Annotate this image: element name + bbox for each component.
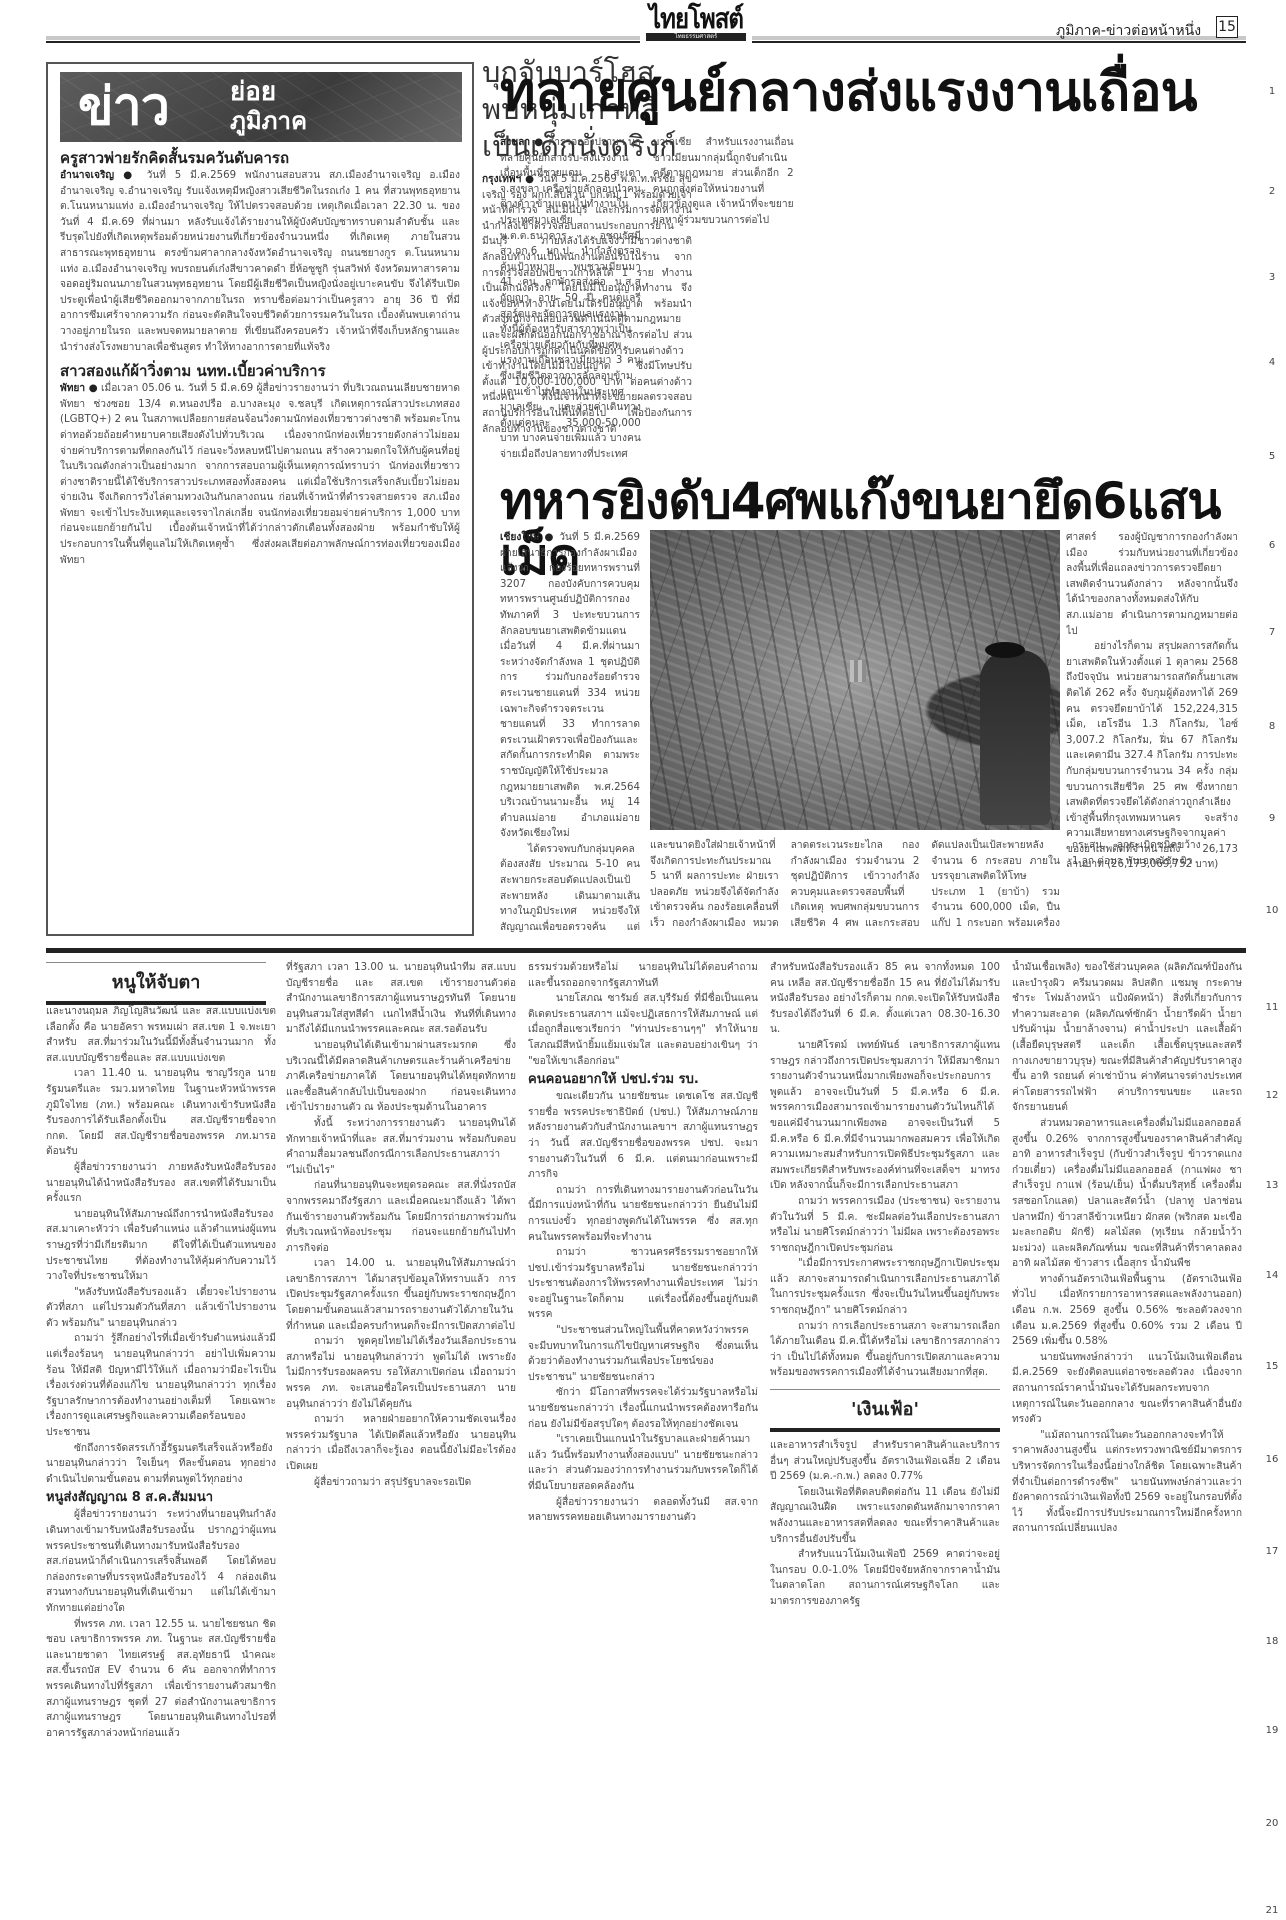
paragraph: สำหรับแนวโน้มเงินเฟ้อปี 2569 คาดว่าจะอยู… [770,1547,1000,1609]
line-number: 17 [1262,1546,1282,1557]
paragraph: "เราเคยเป็นแกนนำในรัฐบาลและฝ่ายค้านมาแล้… [528,1432,758,1494]
paragraph: ธรรมร่วมด้วยหรือไม่ นายอนุทินไม่ได้ตอบคำ… [528,960,758,991]
paragraph: ทางด้านอัตราเงินเฟ้อพื้นฐาน (อัตราเงินเฟ… [1012,1272,1242,1350]
army-story-left: เชียงใหม่ ● วันที่ 5 มี.ค.2569 ฝ่ายเสนาธ… [500,530,640,935]
regional-briefs-banner: ข่าว ย่อย ภูมิภาค [60,72,462,142]
brief-story-pattaya: พัทยา ● เมื่อเวลา 05.06 น. วันที่ 5 มี.ค… [60,381,460,568]
line-number: 16 [1262,1454,1282,1465]
banner-word-news: ข่าว [78,78,169,136]
paragraph: ถามว่า รู้สึกอย่างไรที่เมื่อเข้ารับตำแหน… [46,1331,276,1440]
subheading: หนูส่งสัญญาณ 8 ส.ค.สัมมนา [46,1489,276,1507]
story-text: วันที่ 5 มี.ค.2569 ฝ่ายเสนาธิการกองกำลัง… [500,532,640,839]
story-text: วันที่ 5 มี.ค.2569 พนักงานสอบสวน สภ.เมือ… [60,170,460,353]
paragraph: นายศิโรตม์ เพทย์พันธ์ เลขาธิการสภาผู้แทน… [770,1038,1000,1194]
paragraph: ผู้สื่อข่าวรายงานว่า ตลอดทั้งวันมี สส.จา… [528,1495,758,1526]
paragraph: ถามว่า พูดคุยไทยไม่ได้เรื่องวันเลือกประธ… [286,1334,516,1412]
beret-icon [985,642,1025,658]
line-number: 5 [1262,451,1282,462]
paragraph: นายโสภณ ซารัมย์ สส.บุรีรัมย์ ที่มีชื่อเป… [528,991,758,1069]
paragraph: ถามว่า การที่เดินทางมารายงานตัวก่อนในวัน… [528,1183,758,1245]
column-text-5: น้ำมันเชื้อเพลิง) ของใช้ส่วนบุคคล (ผลิตภ… [1012,960,1242,1875]
paragraph: ผู้สื่อข่าวถามว่า สรุปรัฐบาลจะรอเปิด [286,1475,516,1491]
column-text-3: ธรรมร่วมด้วยหรือไม่ นายอนุทินไม่ได้ตอบคำ… [528,960,758,1875]
paragraph: นายอนุทินให้สัมภาษณ์ถึงการนำหนังสือรับรอ… [46,1207,276,1285]
paragraph: น้ำมันเชื้อเพลิง) ของใช้ส่วนบุคคล (ผลิตภ… [1012,960,1242,1116]
line-number: 14 [1262,1270,1282,1281]
line-number: 4 [1262,357,1282,368]
paragraph: "แม้สถานการณ์ในตะวันออกกลางจะทำให้ราคาพล… [1012,1428,1242,1537]
paragraph: ขณะเดียวกัน นายชัยชนะ เดชเดโช สส.บัญชีรา… [528,1089,758,1183]
line-number: 10 [1262,905,1282,916]
banner-word-brief: ย่อย [230,78,276,106]
paragraph: ถามว่า พรรคการเมือง (ประชาชน) จะรายงานตั… [770,1194,1000,1256]
regional-briefs-box: ข่าว ย่อย ภูมิภาค ครูสาวพ่ายรักคิดสั้นรม… [46,62,474,936]
column-title-box: หนูให้จับตา [46,962,266,1005]
paragraph: และนางนฤมล ภิญโญสินวัฒน์ และ สส.แบบแบ่งเ… [46,1004,276,1066]
inflation-title-box: 'เงินเฟ้อ' [770,1389,1000,1432]
page-number: 15 [1216,16,1238,38]
line-number: 6 [1262,540,1282,551]
army-story-mid: และขนาดยิงใส่ฝ่ายเจ้าหน้าที่ จึงเกิดการป… [650,838,1060,938]
subheading: คนคอนอยากให้ ปชป.ร่วม รบ. [528,1071,758,1089]
paragraph: และอาหารสำเร็จรูป สำหรับราคาสินค้าและบริ… [770,1438,1000,1485]
dateline: พัทยา ● [60,383,98,394]
paragraph: สำหรับหนังสือรับรองแล้ว 85 คน จากทั้งหมด… [770,960,1000,1038]
paragraph: ถามว่า การเลือกประธานสภา จะสามารถเลือกได… [770,1319,1000,1381]
line-number: 8 [1262,721,1282,732]
story-text: ได้ตรวจพบกับกลุ่มบุคคลต้องสงสัย ประมาณ 5… [500,842,640,935]
paragraph: ก่อนที่นายอนุทินจะหยุดรอคณะ สส.ที่นั่งรถ… [286,1178,516,1256]
logo-text: ไทยโพสต์ [640,4,752,34]
banner-word-region: ภูมิภาค [230,108,307,134]
army-story-right: ศาสตร์ รองผู้บัญชาการกองกำลังผาเมือง ร่ว… [1066,530,1238,935]
line-number: 21 [1262,1905,1282,1916]
paragraph: โดยเงินเฟ้อที่ติดลบติดต่อกัน 11 เดือน ยั… [770,1485,1000,1547]
masthead: ไทยโพสต์ ไทยธรรมศาสตร์ ภูมิภาค-ข่าวต่อหน… [0,0,1286,52]
section-label: ภูมิภาค-ข่าวต่อหน้าหนึ่ง [1056,20,1201,42]
line-number: 9 [1262,813,1282,824]
brief-headline-teacher: ครูสาวพ่ายรักคิดสั้นรมควันดับคารถ [60,148,460,168]
margin-line-numbers: 1 2 3 4 5 6 7 8 9 10 11 12 13 14 15 16 1… [1262,0,1286,1920]
line-number: 12 [1262,1090,1282,1101]
line-number: 19 [1262,1725,1282,1736]
censored-blur [850,660,866,682]
column-title: หนูให้จับตา [46,971,266,995]
line-number: 13 [1262,1180,1282,1191]
story-text: ตำรวจกองปราบฯ บุกทลายศูนย์กลางรับ-ส่งแรง… [500,137,794,460]
paragraph: ถามว่า หลายฝ่ายอยากให้ความชัดเจนเรื่องพร… [286,1412,516,1474]
paragraph: ที่รัฐสภา เวลา 13.00 น. นายอนุทินนำทีม ส… [286,960,516,1038]
soldier-figure [980,650,1050,825]
paragraph: ผู้สื่อข่าวรายงานว่า ภายหลังรับหนังสือรั… [46,1160,276,1207]
line-number: 2 [1262,186,1282,197]
column-text-4: สำหรับหนังสือรับรองแล้ว 85 คน จากทั้งหมด… [770,960,1000,1875]
dateline: อำนาจเจริญ ● [60,170,138,181]
line-number: 11 [1262,1002,1282,1013]
paragraph: เวลา 14.00 น. นายอนุทินให้สัมภาษณ์ว่า เล… [286,1256,516,1334]
story-text: ศาสตร์ รองผู้บัญชาการกองกำลังผาเมือง ร่ว… [1066,530,1238,639]
newspaper-logo: ไทยโพสต์ ไทยธรรมศาสตร์ [640,6,752,44]
column-text-2: ที่รัฐสภา เวลา 13.00 น. นายอนุทินนำทีม ส… [286,960,516,1875]
news-photo-soldier-forest [650,530,1060,830]
labor-headline: ทลายศูนย์กลางส่งแรงงานเถื่อน [500,62,1260,122]
story-text: อย่างไรก็ตาม สรุปผลการสกัดกั้นยาเสพติดใน… [1066,639,1238,873]
divider [46,962,266,963]
brief-headline-pattaya: สาวสองแก้ผ้าวิ่งตาม นทท.เบี้ยวค่าบริการ [60,361,460,381]
divider [770,1428,1000,1432]
paragraph: ซักว่า มีโอกาสที่พรรคจะได้ร่วมรัฐบาลหรือ… [528,1385,758,1432]
line-number: 3 [1262,272,1282,283]
dateline: เชียงใหม่ ● [500,532,555,543]
labor-story: สงขลา ● ตำรวจกองปราบฯ บุกทลายศูนย์กลางรั… [500,135,1252,465]
line-number: 18 [1262,1636,1282,1647]
paragraph: "ประชาชนส่วนใหญ่ในพื้นที่คาดหวังว่าพรรคจ… [528,1323,758,1385]
paragraph: ที่พรรค ภท. เวลา 12.55 น. นายไชยชนก ชิดช… [46,1617,276,1742]
paragraph: ผู้สื่อข่าวรายงานว่า ระหว่างที่นายอนุทิน… [46,1507,276,1616]
section-divider [46,948,1246,953]
paragraph: เวลา 11.40 น. นายอนุทิน ชาญวีรกูล นายรัฐ… [46,1066,276,1160]
dateline: สงขลา ● [500,137,544,148]
paragraph: นายนันทพงษ์กล่าวว่า แนวโน้มเงินเฟ้อเดือน… [1012,1350,1242,1428]
paragraph: "หลังรับหนังสือรับรองแล้ว เดี๋ยวจะไปรายง… [46,1285,276,1332]
paragraph: ส่วนหมวดอาหารและเครื่องดื่มไม่มีแอลกอฮอล… [1012,1116,1242,1272]
paragraph: นายอนุทินได้เดินเข้ามาผ่านสระมรกต ซึ่งบร… [286,1038,516,1116]
divider [770,1389,1000,1390]
line-number: 20 [1262,1818,1282,1829]
line-number: 15 [1262,1361,1282,1372]
paragraph: "เมื่อมีการประกาศพระราชกฤษฎีกาเปิดประชุม… [770,1256,1000,1318]
paragraph: ซักถึงการจัดสรรเก้าอี้รัฐมนตรีเสร็จแล้วห… [46,1441,276,1488]
line-number: 7 [1262,627,1282,638]
inflation-title: 'เงินเฟ้อ' [770,1398,1000,1422]
paragraph: ทั้งนี้ ระหว่างการรายงานตัว นายอนุทินได้… [286,1116,516,1178]
line-number: 1 [1262,86,1282,97]
column-text-1: และนางนฤมล ภิญโญสินวัฒน์ และ สส.แบบแบ่งเ… [46,1004,276,1919]
brief-story-teacher: อำนาจเจริญ ● วันที่ 5 มี.ค.2569 พนักงานส… [60,168,460,355]
story-text: เมื่อเวลา 05.06 น. วันที่ 5 มี.ค.69 ผู้ส… [60,383,460,566]
paragraph: ถามว่า ชาวนครศรีธรรมราชอยากให้ ปชป.เข้าร… [528,1245,758,1323]
